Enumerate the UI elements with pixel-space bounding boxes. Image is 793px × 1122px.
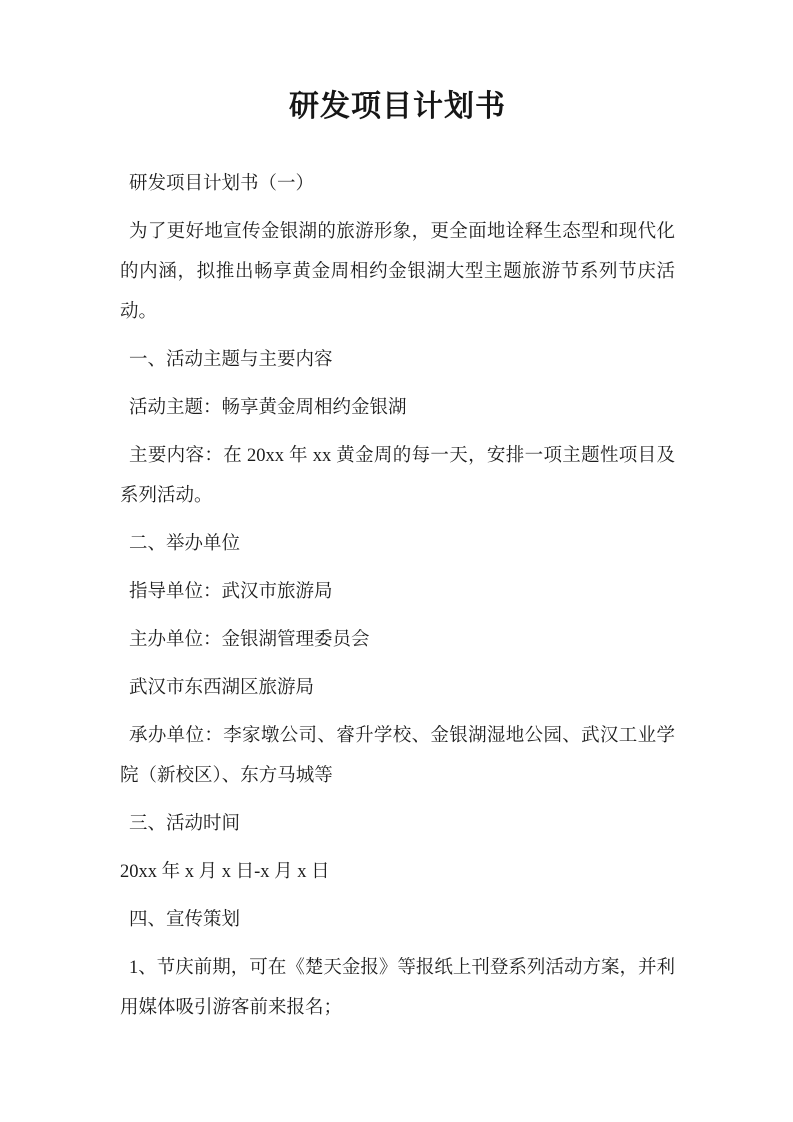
paragraph: 三、活动时间 <box>120 804 675 844</box>
paragraph: 20xx 年 x 月 x 日-x 月 x 日 <box>120 852 675 892</box>
paragraph: 主要内容：在 20xx 年 xx 黄金周的每一天，安排一项主题性项目及系列活动。 <box>120 436 675 516</box>
paragraph: 活动主题：畅享黄金周相约金银湖 <box>120 388 675 428</box>
paragraph: 1、节庆前期，可在《楚天金报》等报纸上刊登系列活动方案，并利用媒体吸引游客前来报… <box>120 948 675 1028</box>
document-title: 研发项目计划书 <box>120 85 675 129</box>
paragraph: 二、举办单位 <box>120 524 675 564</box>
paragraph: 主办单位：金银湖管理委员会 <box>120 620 675 660</box>
paragraph: 武汉市东西湖区旅游局 <box>120 668 675 708</box>
paragraph: 指导单位：武汉市旅游局 <box>120 572 675 612</box>
paragraph: 承办单位：李家墩公司、睿升学校、金银湖湿地公园、武汉工业学院（新校区）、东方马城… <box>120 716 675 796</box>
document-page: 研发项目计划书 研发项目计划书（一）为了更好地宣传金银湖的旅游形象，更全面地诠释… <box>0 0 793 1122</box>
paragraph: 为了更好地宣传金银湖的旅游形象，更全面地诠释生态型和现代化的内涵，拟推出畅享黄金… <box>120 212 675 332</box>
paragraph: 研发项目计划书（一） <box>120 164 675 204</box>
paragraph: 一、活动主题与主要内容 <box>120 340 675 380</box>
paragraph: 四、宣传策划 <box>120 900 675 940</box>
document-body: 研发项目计划书（一）为了更好地宣传金银湖的旅游形象，更全面地诠释生态型和现代化的… <box>120 164 675 1028</box>
